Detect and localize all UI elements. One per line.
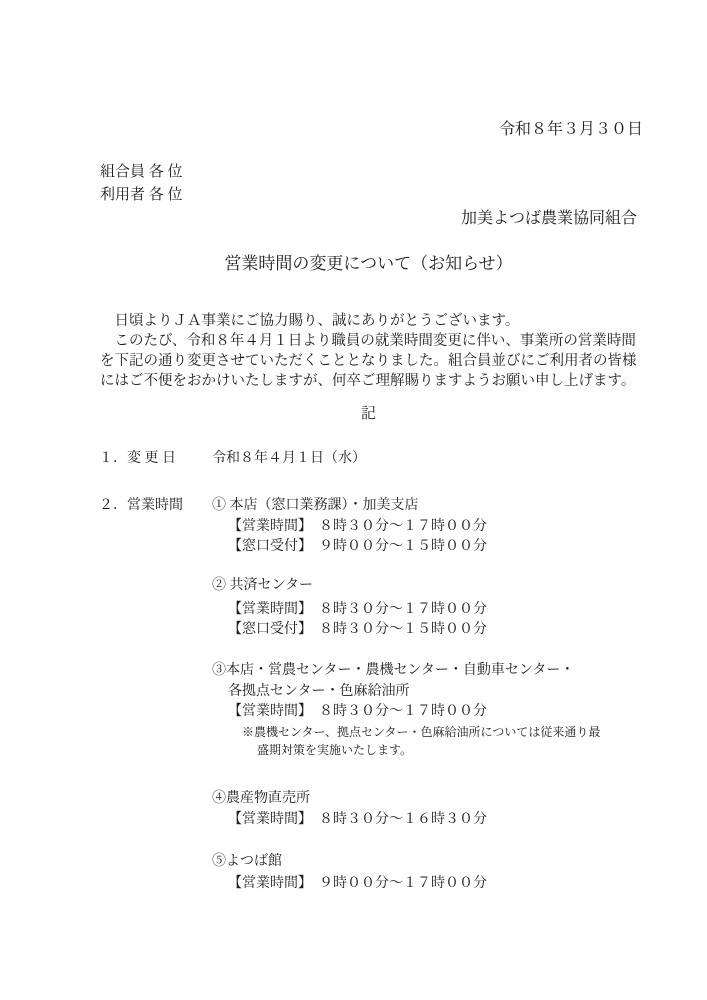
hours-section-label: ２．営業時間 <box>99 494 183 514</box>
document-title: 営業時間の変更について（お知らせ） <box>100 249 637 274</box>
hours-line: 【営業時間】 ８時３０分～１７時００分 <box>228 598 487 618</box>
office-group-heading: ② 共済センター <box>212 574 313 594</box>
recipient-members: 組合員 各 位 <box>100 160 183 181</box>
note-line: 盛期対策を実施いたします。 <box>257 741 412 758</box>
hours-line: 【窓口受付】 ９時００分～１５時００分 <box>228 535 487 555</box>
hours-line: 【営業時間】 ８時３０分～１７時００分 <box>228 700 487 720</box>
office-group-heading-continued: 各拠点センター・色麻給油所 <box>228 680 409 700</box>
document-date: 令和８年３月３０日 <box>499 116 643 139</box>
office-group-heading: ⑤よつば館 <box>212 850 282 870</box>
change-date-value: 令和８年４月１日（水） <box>212 447 366 467</box>
office-group-heading: ③本店・営農センター・農機センター・自動車センター・ <box>212 659 574 679</box>
notice-document: 令和８年３月３０日 組合員 各 位 利用者 各 位 加美よつば農業協同組合 営業… <box>0 0 707 1000</box>
hours-line: 【営業時間】 ８時３０分～１６時３０分 <box>228 808 487 828</box>
sender-name: 加美よつば農業協同組合 <box>461 205 637 228</box>
office-group-heading: ① 本店（窓口業務課）・加美支店 <box>212 494 419 514</box>
recipient-users: 利用者 各 位 <box>100 183 183 204</box>
note-line: ※農機センター、拠点センター・色麻給油所については従来通り最 <box>242 723 600 740</box>
hours-line: 【窓口受付】 ８時３０分～１５時００分 <box>228 618 487 638</box>
body-line: にはご不便をおかけいたしますが、何卒ご理解賜りますようお願い申し上げます。 <box>100 369 640 390</box>
body-line: このたび、令和８年４月１日より職員の就業時間変更に伴い、事業所の営業時間 <box>100 329 640 350</box>
record-marker: 記 <box>100 402 637 423</box>
body-line: を下記の通り変更させていただくこととなりました。組合員並びにご利用者の皆様 <box>100 349 640 370</box>
hours-line: 【営業時間】 ９時００分～１７時００分 <box>228 872 487 892</box>
hours-line: 【営業時間】 ８時３０分～１７時００分 <box>228 515 487 535</box>
office-group-heading: ④農産物直売所 <box>212 787 310 807</box>
change-date-label: １．変 更 日 <box>99 447 176 467</box>
body-line: 日頃よりＪＡ事業にご協力賜り、誠にありがとうございます。 <box>100 309 640 330</box>
